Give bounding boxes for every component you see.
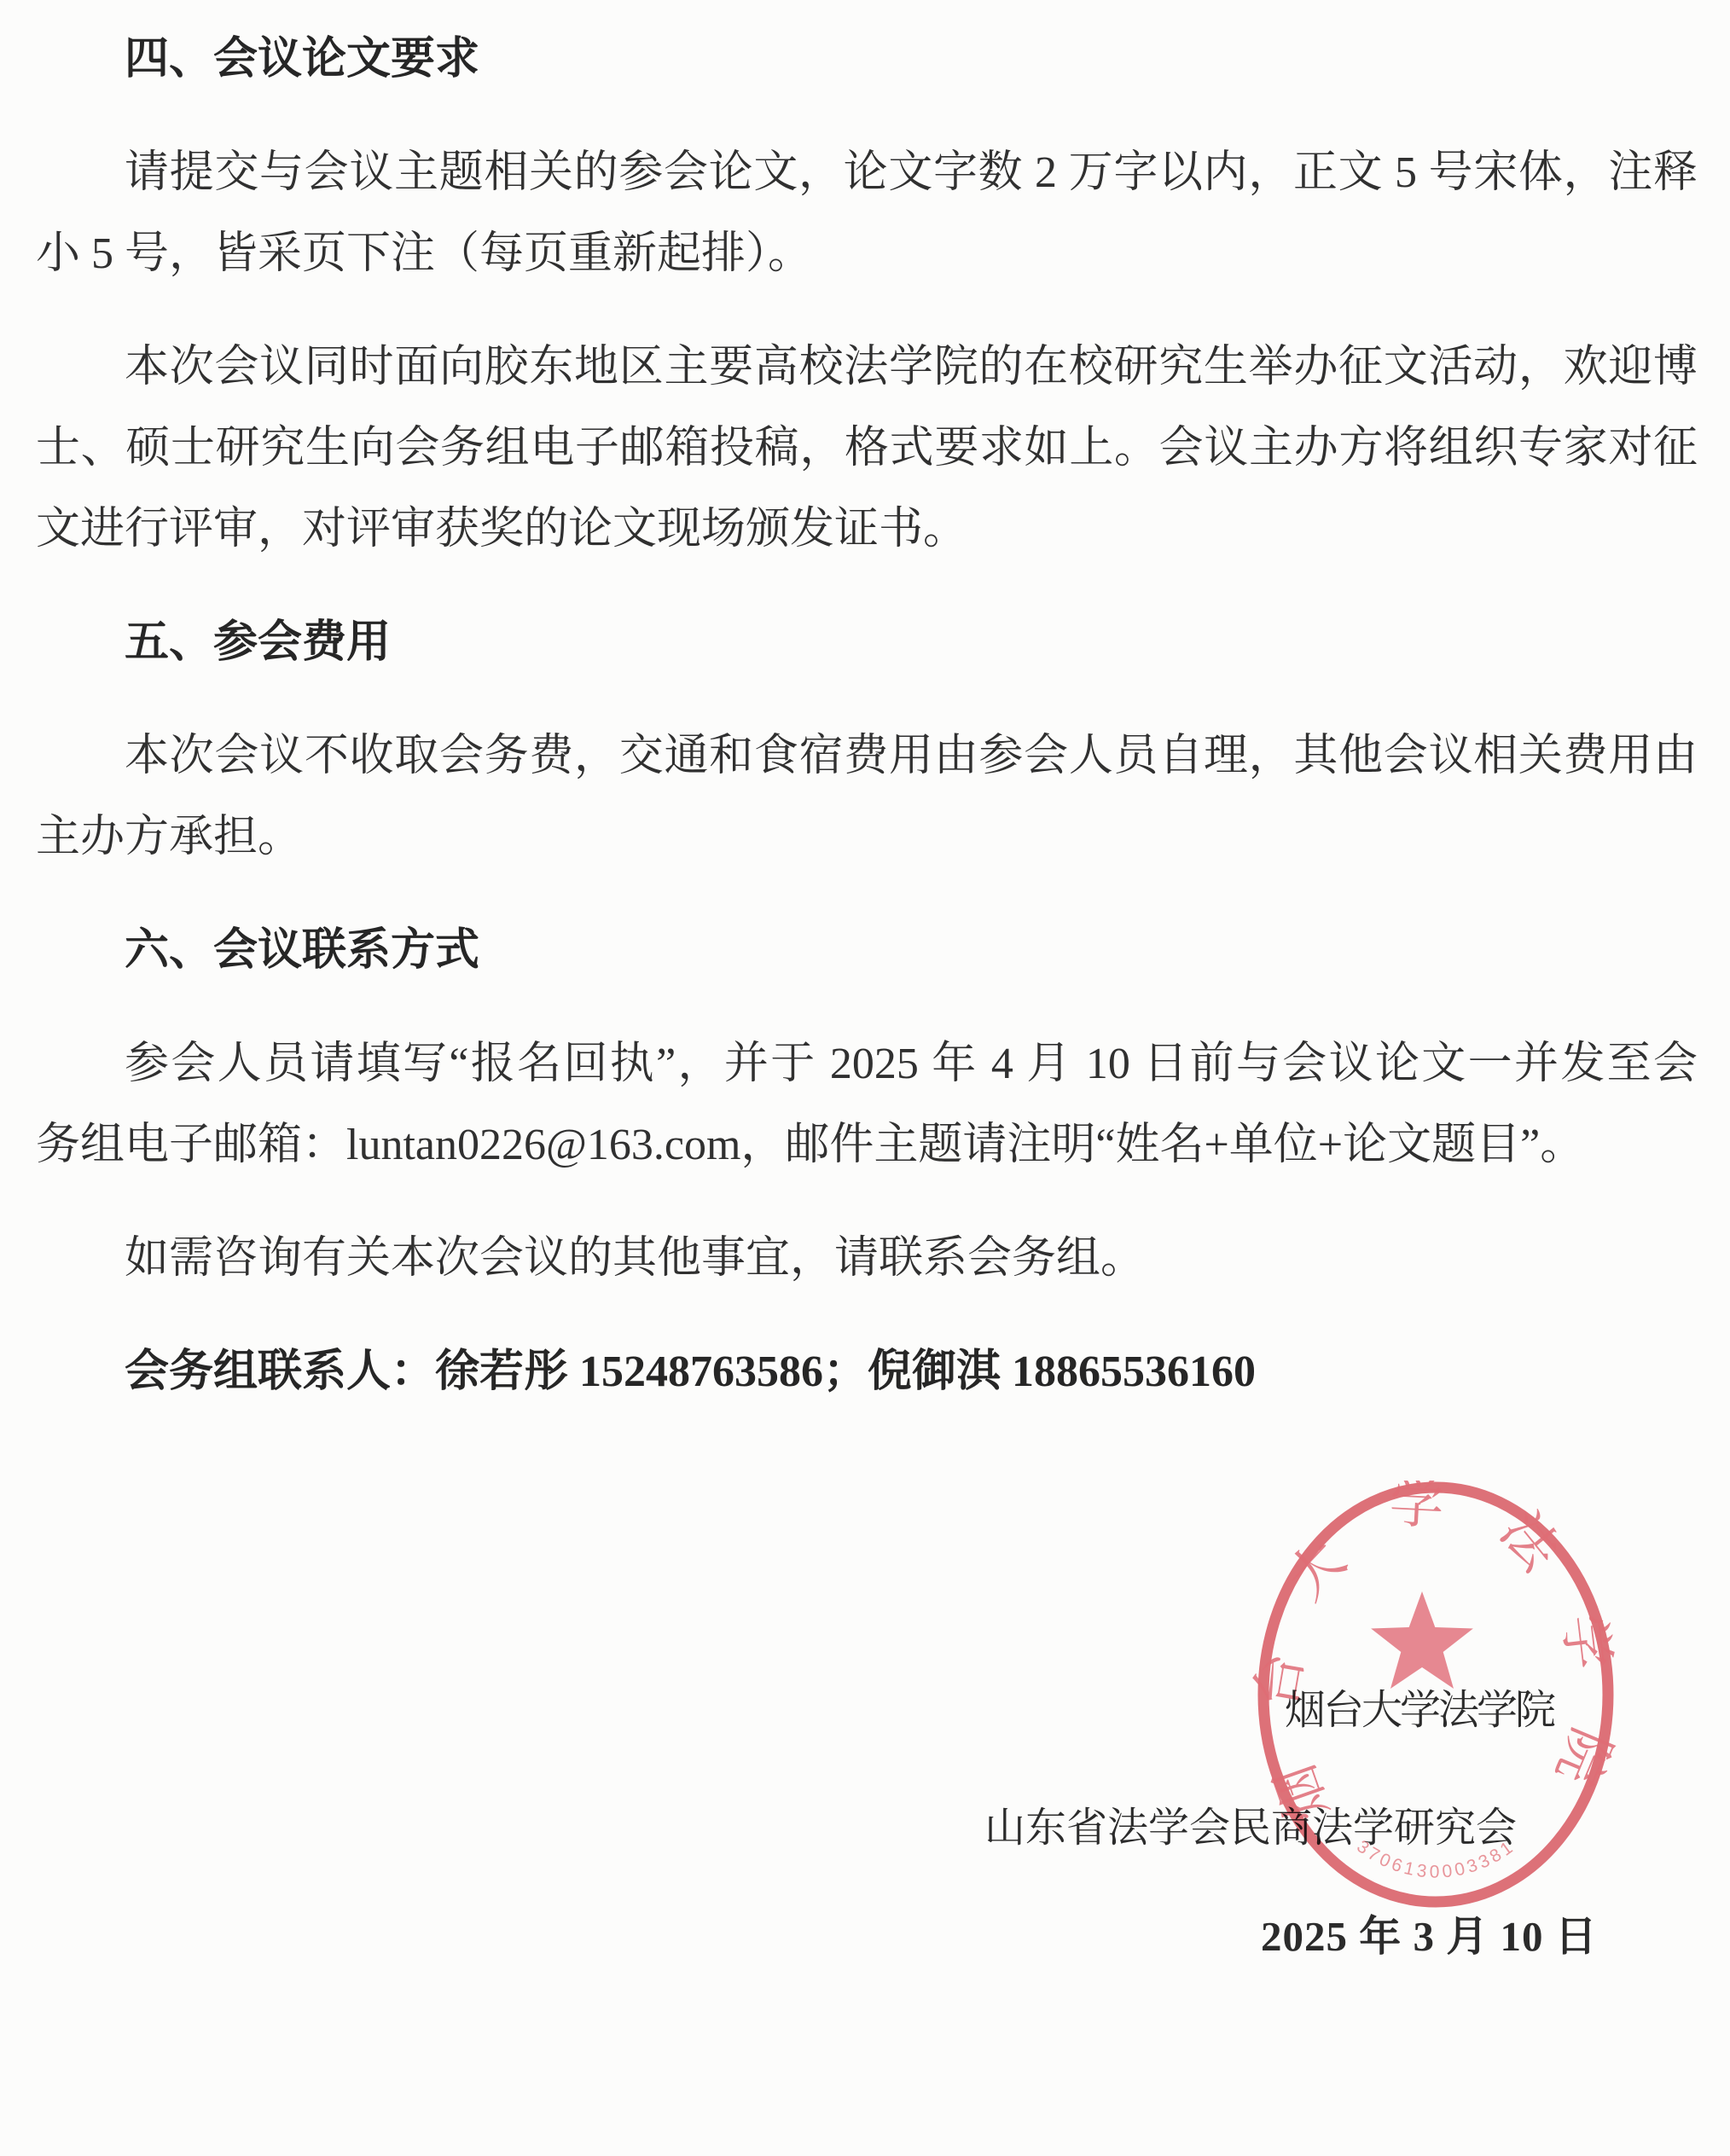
paragraph: 请提交与会议主题相关的参会论文，论文字数 2 万字以内，正文 5 号宋体，注释小… xyxy=(36,132,1698,294)
section-heading: 四、会议论文要求 xyxy=(36,19,1698,100)
document-line: 参会人员请填写“报名回执”，并于 2025 年 4 月 10 日前与会议论文一并… xyxy=(36,1023,1698,1104)
document-line: 如需咨询有关本次会议的其他事宜，请联系会务组。 xyxy=(36,1218,1698,1299)
signature-org-1: 烟台大学法学院 xyxy=(1285,1677,1553,1736)
star-icon xyxy=(1371,1591,1473,1689)
document-line: 会务组联系人：徐若彤 15248763586；倪御淇 18865536160 xyxy=(36,1331,1698,1412)
document-body: 四、会议论文要求请提交与会议主题相关的参会论文，论文字数 2 万字以内，正文 5… xyxy=(36,19,1698,1412)
document-line: 本次会议同时面向胶东地区主要高校法学院的在校研究生举办征文活动，欢迎博 xyxy=(36,327,1698,408)
document-line: 六、会议联系方式 xyxy=(36,910,1698,991)
paragraph: 本次会议不收取会务费，交通和食宿费用由参会人员自理，其他会议相关费用由主办方承担… xyxy=(36,716,1698,878)
paragraph: 如需咨询有关本次会议的其他事宜，请联系会务组。 xyxy=(36,1218,1698,1299)
document-line: 主办方承担。 xyxy=(36,797,1698,878)
paragraph: 参会人员请填写“报名回执”，并于 2025 年 4 月 10 日前与会议论文一并… xyxy=(36,1023,1698,1185)
document-line: 士、硕士研究生向会务组电子邮箱投稿，格式要求如上。会议主办方将组织专家对征 xyxy=(36,408,1698,489)
scanned-document-page: 四、会议论文要求请提交与会议主题相关的参会论文，论文字数 2 万字以内，正文 5… xyxy=(0,0,1730,2156)
seal-arc-text: 烟台大学法学院 xyxy=(1247,1481,1624,1841)
section-heading: 六、会议联系方式 xyxy=(36,910,1698,991)
paragraph: 会务组联系人：徐若彤 15248763586；倪御淇 18865536160 xyxy=(36,1331,1698,1412)
signature-org-2: 山东省法学会民商法学研究会 xyxy=(984,1794,1517,1853)
document-line: 务组电子邮箱：luntan0226@163.com，邮件主题请注明“姓名+单位+… xyxy=(36,1104,1698,1185)
document-line: 四、会议论文要求 xyxy=(36,19,1698,100)
document-line: 五、参会费用 xyxy=(36,602,1698,683)
paragraph: 本次会议同时面向胶东地区主要高校法学院的在校研究生举办征文活动，欢迎博士、硕士研… xyxy=(36,327,1698,570)
document-line: 本次会议不收取会务费，交通和食宿费用由参会人员自理，其他会议相关费用由 xyxy=(36,716,1698,797)
document-line: 文进行评审，对评审获奖的论文现场颁发证书。 xyxy=(36,489,1698,570)
section-heading: 五、参会费用 xyxy=(36,602,1698,683)
signature-date: 2025 年 3 月 10 日 xyxy=(1261,1904,1598,1963)
document-line: 小 5 号，皆采页下注（每页重新起排）。 xyxy=(36,213,1698,294)
document-line: 请提交与会议主题相关的参会论文，论文字数 2 万字以内，正文 5 号宋体，注释 xyxy=(36,132,1698,213)
